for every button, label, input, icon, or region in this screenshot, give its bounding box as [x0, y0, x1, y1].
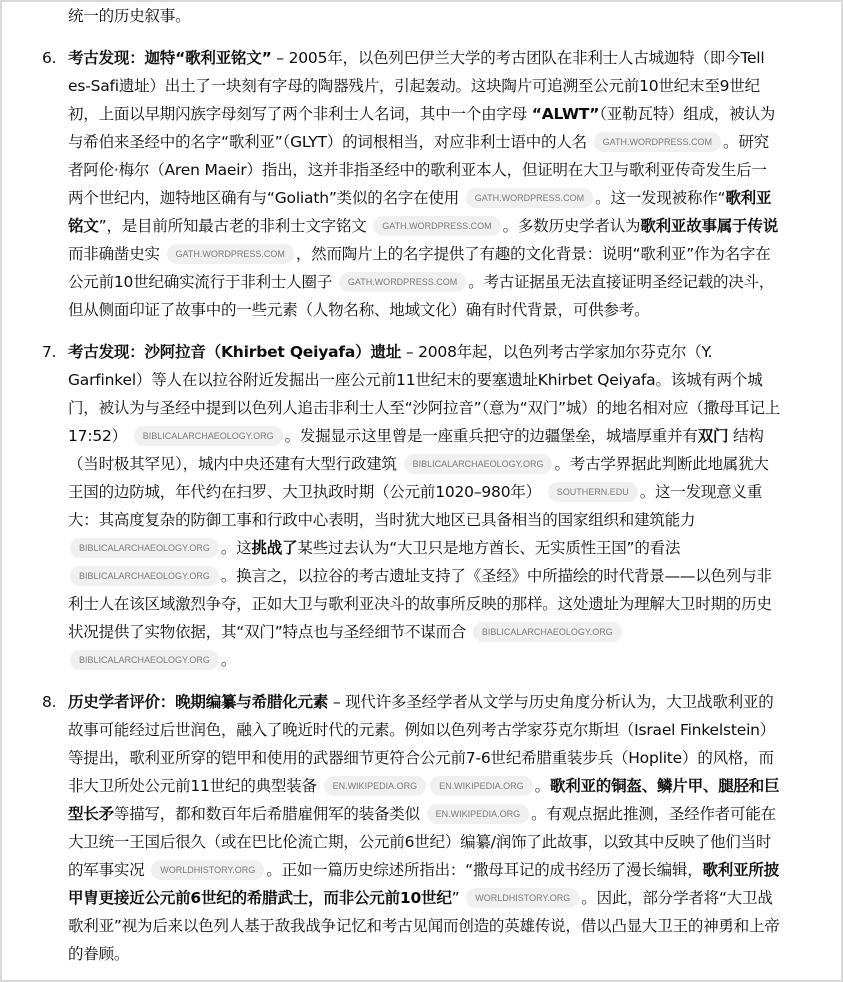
source-citation-chip[interactable]: BIBLICALARCHAEOLOGY.ORG [134, 426, 283, 446]
body-text: 。多数历史学者认为 [503, 217, 641, 235]
source-citation-chip[interactable]: EN.WIKIPEDIA.ORG [427, 804, 530, 824]
source-citation-chip[interactable]: BIBLICALARCHAEOLOGY.ORG [70, 650, 219, 670]
body-text: 某些过去认为“大卫只是地方酋长、无实质性王国”的看法 [297, 539, 680, 557]
list-number: 6. [42, 44, 64, 72]
body-text: 而非确凿史实 [68, 245, 165, 263]
list-item-8: 8. 历史学者评价：晚期编纂与希腊化元素 – 现代许多圣经学者从文学与历史角度分… [2, 688, 781, 968]
emphasis-text: 历史学者评价：晚期编纂与希腊化元素 [68, 693, 328, 711]
source-citation-chip[interactable]: WORLDHISTORY.ORG [466, 888, 579, 908]
source-citation-chip[interactable]: GATH.WORDPRESS.COM [373, 216, 500, 236]
source-citation-chip[interactable]: GATH.WORDPRESS.COM [167, 244, 294, 264]
source-citation-chip[interactable]: SOUTHERN.EDU [548, 482, 638, 502]
emphasis-text: 双门 [698, 427, 729, 445]
emphasis-text: 歌利亚故事属于传说 [640, 217, 778, 235]
list-item-content: 考古发现：沙阿拉音（Khirbet Qeiyafa）遗址 – 2008年起，以色… [68, 343, 780, 669]
emphasis-text: 考古发现：迦特“歌利亚铭文” [68, 49, 272, 67]
body-text: 。 [535, 777, 550, 795]
emphasis-text: “ALWT” [532, 105, 600, 123]
source-citation-chip[interactable]: GATH.WORDPRESS.COM [339, 272, 466, 292]
list-number: 7. [42, 338, 64, 366]
previous-item-tail: 统一的历史叙事。 [2, 2, 781, 30]
body-text: 等描写，都和数百年后希腊雇佣军的装备类似 [114, 805, 425, 823]
list-item-7: 7. 考古发现：沙阿拉音（Khirbet Qeiyafa）遗址 – 2008年起… [2, 338, 781, 674]
source-citation-chip[interactable]: BIBLICALARCHAEOLOGY.ORG [70, 566, 219, 586]
source-citation-chip[interactable]: WORLDHISTORY.ORG [151, 860, 264, 880]
list-item-6: 6. 考古发现：迦特“歌利亚铭文” – 2005年，以色列巴伊兰大学的考古团队在… [2, 44, 781, 324]
list-item-content: 历史学者评价：晚期编纂与希腊化元素 – 现代许多圣经学者从文学与历史角度分析认为… [68, 693, 780, 963]
list-item-content: 考古发现：迦特“歌利亚铭文” – 2005年，以色列巴伊兰大学的考古团队在非利士… [68, 49, 778, 319]
body-text: ” [452, 889, 465, 907]
source-citation-chip[interactable]: EN.WIKIPEDIA.ORG [324, 776, 427, 796]
source-citation-chip[interactable]: GATH.WORDPRESS.COM [466, 188, 593, 208]
source-citation-chip[interactable]: BIBLICALARCHAEOLOGY.ORG [404, 454, 553, 474]
source-citation-chip[interactable]: BIBLICALARCHAEOLOGY.ORG [70, 538, 219, 558]
source-citation-chip[interactable]: BIBLICALARCHAEOLOGY.ORG [473, 622, 622, 642]
document-body: 统一的历史叙事。 6. 考古发现：迦特“歌利亚铭文” – 2005年，以色列巴伊… [2, 2, 841, 968]
body-text: 。这 [221, 539, 252, 557]
numbered-list: 6. 考古发现：迦特“歌利亚铭文” – 2005年，以色列巴伊兰大学的考古团队在… [2, 44, 781, 968]
body-text: 。发掘显示这里曾是一座重兵把守的边疆堡垒，城墙厚重并有 [285, 427, 698, 445]
list-number: 8. [42, 688, 64, 716]
source-citation-chip[interactable]: EN.WIKIPEDIA.ORG [430, 776, 533, 796]
source-citation-chip[interactable]: GATH.WORDPRESS.COM [594, 132, 721, 152]
body-text: ”，是目前所知最古老的非利士文字铭文 [99, 217, 372, 235]
emphasis-text: 考古发现：沙阿拉音（Khirbet Qeiyafa）遗址 [68, 343, 401, 361]
body-text: 。这一发现被称作“ [595, 189, 725, 207]
emphasis-text: 挑战了 [252, 539, 298, 557]
body-text: 。正如一篇历史综述所指出：“撒母耳记的成书经历了漫长编辑， [266, 861, 702, 879]
body-text: 。 [221, 651, 236, 669]
